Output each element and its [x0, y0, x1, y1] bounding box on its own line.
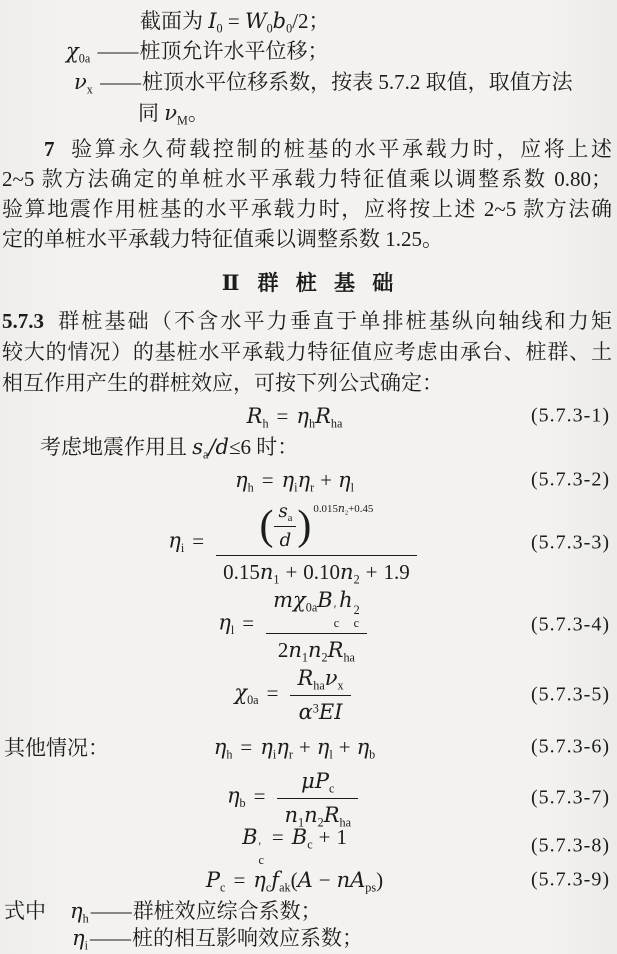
fraction-numerator: Rhaνx — [290, 664, 350, 694]
section-title: 群 桩 基 础 — [257, 271, 395, 295]
math-rel: = — [240, 735, 252, 759]
math-num: 6 — [241, 435, 252, 459]
formula: ηh=ηiηr+ηl+ηb — [214, 735, 376, 760]
math-sub: r — [310, 480, 314, 494]
math-sub: b — [240, 796, 246, 810]
math-sub: c — [354, 617, 359, 630]
math-var: η — [317, 735, 330, 759]
paragraph-text: 2~5 款方法确定的单桩水平承载力特征值乘以调整系数 0.80； — [2, 167, 612, 191]
equation-number: (5.7.3-1) — [531, 405, 610, 428]
fraction-denominator: 0.15n1+0.10n2+1.9 — [216, 555, 417, 586]
math-var: η — [70, 899, 83, 923]
equation-5732: ηh=ηiηr+ηl (5.7.3-2) — [0, 462, 617, 498]
equation-number: (5.7.3-3) — [531, 532, 610, 555]
paren-right: ) — [297, 503, 311, 549]
formula: B′c=Bc+1 — [242, 825, 347, 866]
math-var: n — [337, 868, 351, 892]
math-var: B — [317, 588, 332, 612]
math-num: 0.15 — [223, 560, 260, 584]
paragraph-line: 验算地震作用桩基的水平承载力时，应将按上述 2~5 款方法确 — [2, 194, 612, 224]
paren-left: ( — [291, 868, 298, 892]
math-sub: ps — [365, 880, 376, 894]
text: 同 — [138, 101, 164, 125]
where-label: 式中 — [4, 899, 46, 923]
text: /2； — [292, 9, 329, 33]
math-var: η — [218, 611, 231, 635]
equation-number: (5.7.3-2) — [531, 469, 610, 492]
paragraph-text: 相互作用产生的群桩效应，可按下列公式确定： — [2, 371, 443, 395]
equation-number: (5.7.3-9) — [531, 869, 610, 892]
math-rel: = — [277, 404, 289, 428]
math-sub: M — [177, 114, 188, 128]
math-num: 2 — [278, 638, 289, 662]
fraction-numerator: μPc — [277, 767, 358, 797]
math-var: α — [299, 700, 313, 724]
fraction: (sad)0.015n2+0.450.15n1+0.10n2+1.9 — [216, 499, 417, 586]
equation-5734: ηl=mχ0aB′ch2c2n1n2Rha (5.7.3-4) — [0, 588, 617, 662]
definition-text: 桩的相互影响效应系数； — [132, 926, 363, 950]
math-num: 1 — [336, 825, 347, 849]
formula: ηh=ηiηr+ηl — [235, 468, 354, 493]
math-var: d — [280, 530, 292, 551]
math-op: + — [320, 468, 332, 492]
math-var: R — [247, 404, 263, 428]
math-var: ν — [164, 101, 177, 125]
paragraph-text: 群桩基础（不含水平力垂直于单排桩基纵向轴线和力矩 — [56, 309, 612, 333]
formula: ηb=μPcn1n2Rha — [227, 767, 362, 829]
math-sub: ha — [313, 679, 325, 693]
math-var: η — [260, 735, 273, 759]
math-num: 0.10 — [303, 560, 340, 584]
math-sub: i — [85, 939, 88, 953]
paragraph-line: 2~5 款方法确定的单桩水平承载力特征值乘以调整系数 0.80； — [2, 164, 612, 194]
formula: Pc=ηcfak(A−nAps) — [206, 868, 383, 893]
fraction: mχ0aB′ch2c2n1n2Rha — [266, 586, 367, 664]
math-var: n — [308, 638, 322, 662]
math-rel: = — [192, 529, 204, 553]
formula: ηi=(sad)0.015n2+0.450.15n1+0.10n2+1.9 — [168, 499, 421, 586]
math-num: +0.45 — [348, 503, 373, 515]
fraction: μPcn1n2Rha — [277, 767, 358, 829]
math-op: + — [319, 825, 331, 849]
math-var: EI — [319, 700, 343, 724]
math-var: n — [260, 560, 274, 584]
math-sub: 2 — [354, 573, 360, 587]
math-op: + — [285, 560, 297, 584]
math-op: + — [299, 735, 311, 759]
math-sub: 1 — [273, 573, 279, 587]
math-rel: = — [272, 825, 284, 849]
equation-number: (5.7.3-7) — [531, 787, 610, 810]
math-op: − — [319, 868, 331, 892]
math-var: η — [235, 468, 248, 492]
sup-sub-stack: 2c — [354, 604, 360, 630]
math-sub: h — [262, 416, 268, 430]
math-var: μ — [301, 769, 315, 793]
clause-number: 7 — [44, 137, 55, 161]
math-var: s — [192, 435, 203, 459]
math-var: χ — [66, 39, 79, 63]
clause-573-paragraph: 5.7.3群桩基础（不含水平力垂直于单排桩基纵向轴线和力矩 较大的情况）的基桩水… — [2, 306, 612, 399]
text: 截面为 — [140, 9, 208, 33]
condition-other-label: 其他情况： — [4, 732, 109, 762]
math-op: + — [339, 735, 351, 759]
equation-number: (5.7.3-8) — [531, 835, 610, 858]
math-var: η — [357, 735, 370, 759]
math-sub: h — [226, 747, 232, 761]
math-sub: l — [231, 623, 234, 637]
math-var: η — [227, 784, 240, 808]
math-var: P — [315, 769, 329, 793]
math-var: χ — [234, 681, 247, 705]
section-heading: Ⅱ群 桩 基 础 — [0, 268, 617, 298]
math-var: R — [297, 666, 313, 690]
equation-5737: ηb=μPcn1n2Rha (5.7.3-7) — [0, 766, 617, 830]
math-var: m — [273, 588, 293, 612]
formula: ηl=mχ0aB′ch2c2n1n2Rha — [218, 586, 370, 664]
fraction-denominator: 2n1n2Rha — [266, 633, 367, 664]
math-sub: x — [87, 83, 93, 97]
math-var: P — [206, 868, 220, 892]
text: 。 — [188, 101, 209, 125]
fraction-numerator: mχ0aB′ch2c — [266, 586, 367, 632]
math-sub: a — [288, 513, 293, 524]
fraction-denominator: n1n2Rha — [277, 798, 358, 829]
math-var: χ — [293, 588, 306, 612]
paren-right: ) — [376, 868, 383, 892]
paragraph-line: 定的单桩水平承载力特征值乘以调整系数 1.25。 — [2, 224, 612, 254]
math-rel: = — [223, 9, 245, 33]
math-var: A — [350, 868, 365, 892]
math-sub: x — [338, 679, 344, 693]
math-sub: h — [248, 480, 254, 494]
equation-5731: Rh=ηhRha (5.7.3-1) — [0, 399, 617, 433]
math-sub: 0a — [306, 601, 318, 615]
math-sub: ha — [331, 416, 343, 430]
fraction: Rhaνxα3EI — [290, 664, 350, 726]
fraction-numerator: (sad)0.015n2+0.45 — [216, 499, 417, 555]
definition-text: 桩顶允许水平位移； — [139, 39, 328, 63]
paragraph-line: 相互作用产生的群桩效应，可按下列公式确定： — [2, 368, 612, 399]
formula: χ0a=Rhaνxα3EI — [234, 664, 354, 726]
definition-dash: —— — [97, 39, 137, 63]
paren-left: ( — [259, 503, 273, 549]
exponent: 0.015n2+0.45 — [313, 502, 373, 517]
equation-number: (5.7.3-4) — [531, 614, 610, 637]
math-var: η — [282, 468, 295, 492]
math-sub: r — [289, 747, 293, 761]
math-sub: ak — [279, 880, 291, 894]
math-var: η — [253, 868, 266, 892]
math-var: d — [216, 435, 229, 459]
math-var: n — [304, 803, 318, 827]
definition-chi0a: χ0a ——桩顶允许水平位移； — [66, 36, 617, 67]
section-numeral: Ⅱ — [222, 271, 240, 295]
equation-5735: χ0a=Rhaνxα3EI (5.7.3-5) — [0, 662, 617, 728]
definition-dash: —— — [90, 926, 130, 950]
math-sub: l — [351, 480, 354, 494]
math-var: η — [214, 735, 227, 759]
math-sub: c — [307, 838, 312, 852]
math-var: η — [298, 468, 311, 492]
equation-5733: ηi=(sad)0.015n2+0.450.15n1+0.10n2+1.9 (5… — [0, 498, 617, 588]
math-sub: 0a — [247, 693, 259, 707]
fraction-denominator: d — [274, 526, 296, 553]
math-rel: = — [242, 611, 254, 635]
paragraph-line: 5.7.3群桩基础（不含水平力垂直于单排桩基纵向轴线和力矩 — [2, 306, 612, 337]
math-op: + — [366, 560, 378, 584]
math-var: ν — [74, 70, 87, 94]
math-var: η — [276, 735, 289, 759]
math-var: W — [245, 9, 267, 33]
definition-dash: —— — [100, 70, 140, 94]
math-var: η — [296, 404, 309, 428]
math-num: 1.9 — [384, 560, 410, 584]
math-sub: h — [83, 912, 89, 926]
line-section-modulus: 截面为 I0 = W0b0/2； — [140, 6, 617, 36]
math-sub: i — [181, 541, 184, 555]
math-var: n — [288, 638, 302, 662]
equation-number: (5.7.3-6) — [531, 736, 610, 759]
definition-text: 群桩效应综合系数； — [133, 899, 322, 923]
equation-5736: 其他情况： ηh=ηiηr+ηl+ηb (5.7.3-6) — [0, 728, 617, 766]
math-sub: 0a — [79, 52, 91, 66]
definition-text: 桩顶水平位移系数，按表 5.7.2 取值，取值方法 — [142, 70, 573, 94]
math-var: η — [168, 529, 181, 553]
condition-seismic: 考虑地震作用且 sa/d≤6 时： — [40, 433, 617, 462]
paragraph-text: 验算永久荷载控制的桩基的水平承载力时，应将上述 — [69, 137, 613, 161]
math-var: R — [315, 404, 331, 428]
definition-nux: νx ——桩顶水平位移系数，按表 5.7.2 取值，取值方法 — [74, 67, 617, 98]
document-page: 截面为 I0 = W0b0/2； χ0a ——桩顶允许水平位移； νx ——桩顶… — [0, 0, 617, 954]
paragraph-line: 较大的情况）的基桩水平承载力特征值应考虑由承台、桩群、土 — [2, 337, 612, 368]
math-sub: b — [369, 747, 375, 761]
paragraph-text: 较大的情况）的基桩水平承载力特征值应考虑由承台、桩群、土 — [2, 340, 612, 364]
math-var: f — [271, 868, 279, 892]
math-sub: c — [220, 880, 225, 894]
clause-number: 5.7.3 — [2, 309, 44, 333]
math-rel: = — [254, 784, 266, 808]
paragraph-line: 7验算永久荷载控制的桩基的水平承载力时，应将上述 — [2, 134, 612, 164]
where-clause-line: ηi——桩的相互影响效应系数； — [72, 925, 617, 952]
where-clause-line: 式中ηh——群桩效应综合系数； — [4, 898, 617, 925]
math-var: B — [242, 825, 257, 849]
paragraph-text: 验算地震作用桩基的水平承载力时，应将按上述 2~5 款方法确 — [2, 197, 612, 221]
math-var: n — [338, 502, 345, 515]
math-rel: ≤ — [229, 435, 241, 459]
math-var: n — [284, 803, 298, 827]
math-rel: = — [267, 681, 279, 705]
math-var: A — [298, 868, 313, 892]
equation-5739: Pc=ηcfak(A−nAps) (5.7.3-9) — [0, 862, 617, 898]
definition-nux-continued: 同 νM。 — [138, 98, 617, 128]
math-rel: = — [233, 868, 245, 892]
math-var: ν — [325, 666, 338, 690]
equation-number: (5.7.3-5) — [531, 684, 610, 707]
math-var: b — [273, 9, 286, 33]
math-var: h — [339, 588, 353, 612]
equation-5738: B′c=Bc+1 (5.7.3-8) — [0, 830, 617, 862]
math-var: η — [338, 468, 351, 492]
math-var: I — [208, 9, 216, 33]
definition-dash: —— — [91, 899, 131, 923]
text: 时： — [251, 435, 298, 459]
math-sub: c — [329, 782, 334, 796]
math-num: 0.015 — [313, 503, 338, 515]
paragraph-text: 定的单桩水平承载力特征值乘以调整系数 1.25。 — [2, 227, 443, 251]
math-var: n — [340, 560, 354, 584]
math-sub: l — [329, 747, 332, 761]
math-op: / — [208, 435, 215, 459]
math-var: η — [72, 926, 85, 950]
text: 考虑地震作用且 — [40, 435, 192, 459]
clause-7-paragraph: 7验算永久荷载控制的桩基的水平承载力时，应将上述 2~5 款方法确定的单桩水平承… — [2, 134, 612, 254]
math-var: R — [328, 638, 344, 662]
fraction-denominator: α3EI — [290, 695, 350, 726]
fraction-numerator: sa — [274, 500, 296, 526]
math-sub: c — [334, 617, 339, 630]
math-var: R — [324, 803, 340, 827]
formula: Rh=ηhRha — [247, 404, 343, 429]
fraction: sad — [274, 500, 296, 552]
math-rel: = — [262, 468, 274, 492]
math-var: B — [292, 825, 307, 849]
